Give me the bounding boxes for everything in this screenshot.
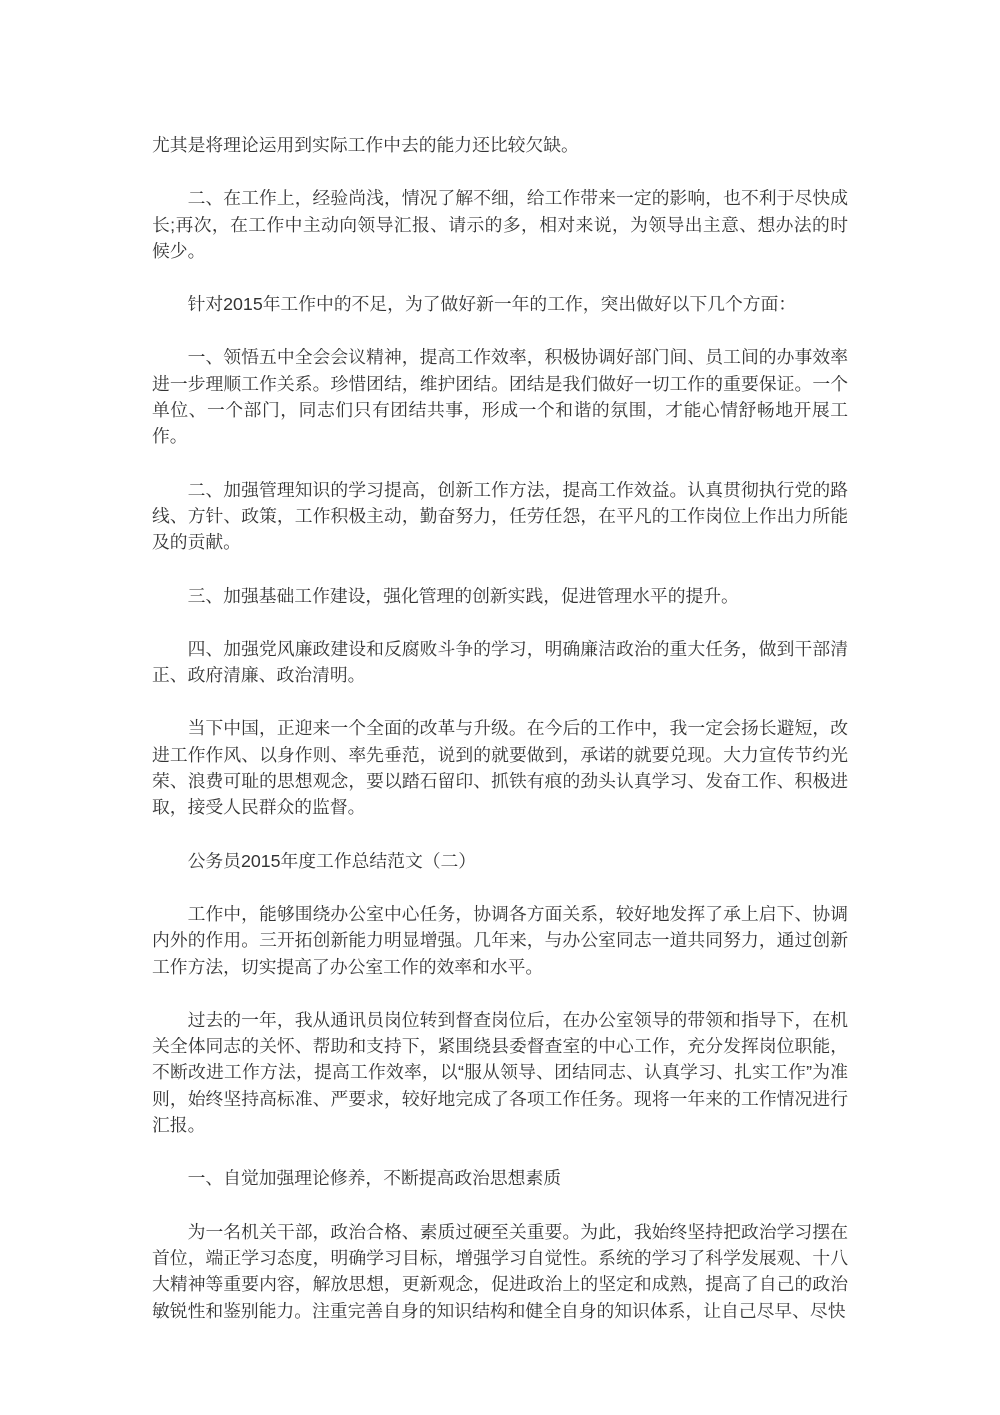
paragraph: 一、领悟五中全会会议精神，提高工作效率，积极协调好部门间、员工间的办事效率进一步… (152, 344, 848, 449)
paragraph: 四、加强党风廉政建设和反腐败斗争的学习，明确廉洁政治的重大任务，做到干部清正、政… (152, 636, 848, 689)
section-heading: 一、自觉加强理论修养，不断提高政治思想素质 (152, 1165, 848, 1191)
paragraph: 针对2015年工作中的不足，为了做好新一年的工作，突出做好以下几个方面： (152, 291, 848, 317)
paragraph: 二、在工作上，经验尚浅，情况了解不细，给工作带来一定的影响，也不利于尽快成长;再… (152, 185, 848, 264)
paragraph: 工作中，能够围绕办公室中心任务，协调各方面关系，较好地发挥了承上启下、协调内外的… (152, 901, 848, 980)
paragraph: 三、加强基础工作建设，强化管理的创新实践，促进管理水平的提升。 (152, 583, 848, 609)
document-subtitle: 公务员2015年度工作总结范文（二） (152, 848, 848, 874)
paragraph: 二、加强管理知识的学习提高，创新工作方法，提高工作效益。认真贯彻执行党的路线、方… (152, 477, 848, 556)
paragraph: 当下中国，正迎来一个全面的改革与升级。在今后的工作中，我一定会扬长避短，改进工作… (152, 715, 848, 820)
paragraph: 过去的一年，我从通讯员岗位转到督查岗位后，在办公室领导的带领和指导下，在机关全体… (152, 1007, 848, 1138)
paragraph: 为一名机关干部，政治合格、素质过硬至关重要。为此，我始终坚持把政治学习摆在首位，… (152, 1219, 848, 1324)
document-page: 尤其是将理论运用到实际工作中去的能力还比较欠缺。 二、在工作上，经验尚浅，情况了… (152, 0, 848, 1324)
paragraph-continuation: 尤其是将理论运用到实际工作中去的能力还比较欠缺。 (152, 132, 848, 158)
